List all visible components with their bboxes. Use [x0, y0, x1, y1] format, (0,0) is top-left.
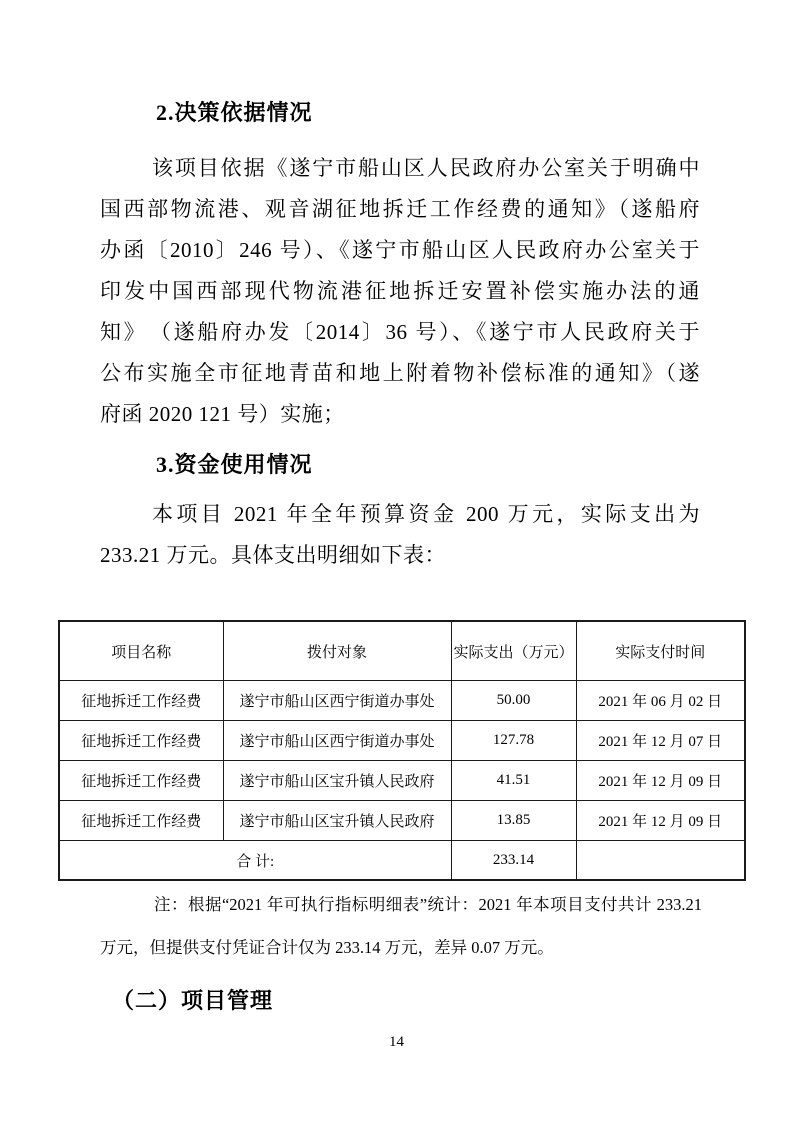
- cell-pay-date: 2021 年 12 月 09 日: [576, 761, 745, 801]
- cell-total-amount: 233.14: [451, 841, 576, 881]
- column-header-project-name: 项目名称: [59, 621, 223, 681]
- paragraph-line: 本项目 2021 年全年预算资金 200 万元，实际支出为: [100, 494, 700, 535]
- table-header-row: 项目名称 拨付对象 实际支出（万元） 实际支付时间: [59, 621, 745, 681]
- cell-payee: 遂宁市船山区宝升镇人民政府: [223, 801, 451, 841]
- footnote: 注：根据“2021 年可执行指标明细表”统计：2021 年本项目支付共计 233…: [100, 883, 702, 969]
- paragraph-line: 国西部物流港、观音湖征地拆迁工作经费的通知》（遂船府: [100, 189, 700, 230]
- paragraph-line: 该项目依据《遂宁市船山区人民政府办公室关于明确中: [100, 148, 700, 189]
- document-page: 2.决策依据情况 该项目依据《遂宁市船山区人民政府办公室关于明确中 国西部物流港…: [0, 0, 793, 1122]
- cell-project-name: 征地拆迁工作经费: [59, 801, 223, 841]
- cell-project-name: 征地拆迁工作经费: [59, 721, 223, 761]
- section-heading-project-management: （二）项目管理: [100, 986, 700, 1016]
- cell-pay-date: 2021 年 06 月 02 日: [576, 681, 745, 721]
- paragraph-fund-usage: 本项目 2021 年全年预算资金 200 万元，实际支出为 233.21 万元。…: [100, 494, 700, 576]
- footnote-line: 注：根据“2021 年可执行指标明细表”统计：2021 年本项目支付共计 233…: [100, 883, 702, 926]
- cell-amount: 41.51: [451, 761, 576, 801]
- expense-detail-table: 项目名称 拨付对象 实际支出（万元） 实际支付时间 征地拆迁工作经费 遂宁市船山…: [58, 620, 746, 881]
- cell-pay-date: 2021 年 12 月 09 日: [576, 801, 745, 841]
- table-row: 征地拆迁工作经费 遂宁市船山区西宁街道办事处 50.00 2021 年 06 月…: [59, 681, 745, 721]
- cell-payee: 遂宁市船山区西宁街道办事处: [223, 681, 451, 721]
- cell-amount: 50.00: [451, 681, 576, 721]
- cell-payee: 遂宁市船山区宝升镇人民政府: [223, 761, 451, 801]
- paragraph-decision-basis: 该项目依据《遂宁市船山区人民政府办公室关于明确中 国西部物流港、观音湖征地拆迁工…: [100, 148, 700, 435]
- table-row: 征地拆迁工作经费 遂宁市船山区西宁街道办事处 127.78 2021 年 12 …: [59, 721, 745, 761]
- paragraph-line: 府函 2020 121 号）实施；: [100, 394, 700, 435]
- cell-payee: 遂宁市船山区西宁街道办事处: [223, 721, 451, 761]
- cell-amount: 13.85: [451, 801, 576, 841]
- page-number: 14: [0, 1034, 793, 1051]
- section-heading-decision-basis: 2.决策依据情况: [100, 98, 700, 128]
- paragraph-line: 公布实施全市征地青苗和地上附着物补偿标准的通知》（遂: [100, 353, 700, 394]
- table-row: 征地拆迁工作经费 遂宁市船山区宝升镇人民政府 13.85 2021 年 12 月…: [59, 801, 745, 841]
- cell-project-name: 征地拆迁工作经费: [59, 761, 223, 801]
- paragraph-line: 233.21 万元。具体支出明细如下表：: [100, 535, 700, 576]
- cell-project-name: 征地拆迁工作经费: [59, 681, 223, 721]
- column-header-payee: 拨付对象: [223, 621, 451, 681]
- column-header-pay-date: 实际支付时间: [576, 621, 745, 681]
- footnote-line: 万元，但提供支付凭证合计仅为 233.14 万元，差异 0.07 万元。: [100, 926, 702, 969]
- paragraph-line: 知》 （遂船府办发〔2014〕36 号）、《遂宁市人民政府关于: [100, 312, 700, 353]
- column-header-amount: 实际支出（万元）: [451, 621, 576, 681]
- table-total-row: 合 计: 233.14: [59, 841, 745, 881]
- cell-total-label: 合 计:: [59, 841, 451, 881]
- cell-total-date: [576, 841, 745, 881]
- paragraph-line: 印发中国西部现代物流港征地拆迁安置补偿实施办法的通: [100, 271, 700, 312]
- cell-amount: 127.78: [451, 721, 576, 761]
- table-row: 征地拆迁工作经费 遂宁市船山区宝升镇人民政府 41.51 2021 年 12 月…: [59, 761, 745, 801]
- section-heading-fund-usage: 3.资金使用情况: [100, 450, 700, 480]
- cell-pay-date: 2021 年 12 月 07 日: [576, 721, 745, 761]
- paragraph-line: 办函〔2010〕246 号）、《遂宁市船山区人民政府办公室关于: [100, 230, 700, 271]
